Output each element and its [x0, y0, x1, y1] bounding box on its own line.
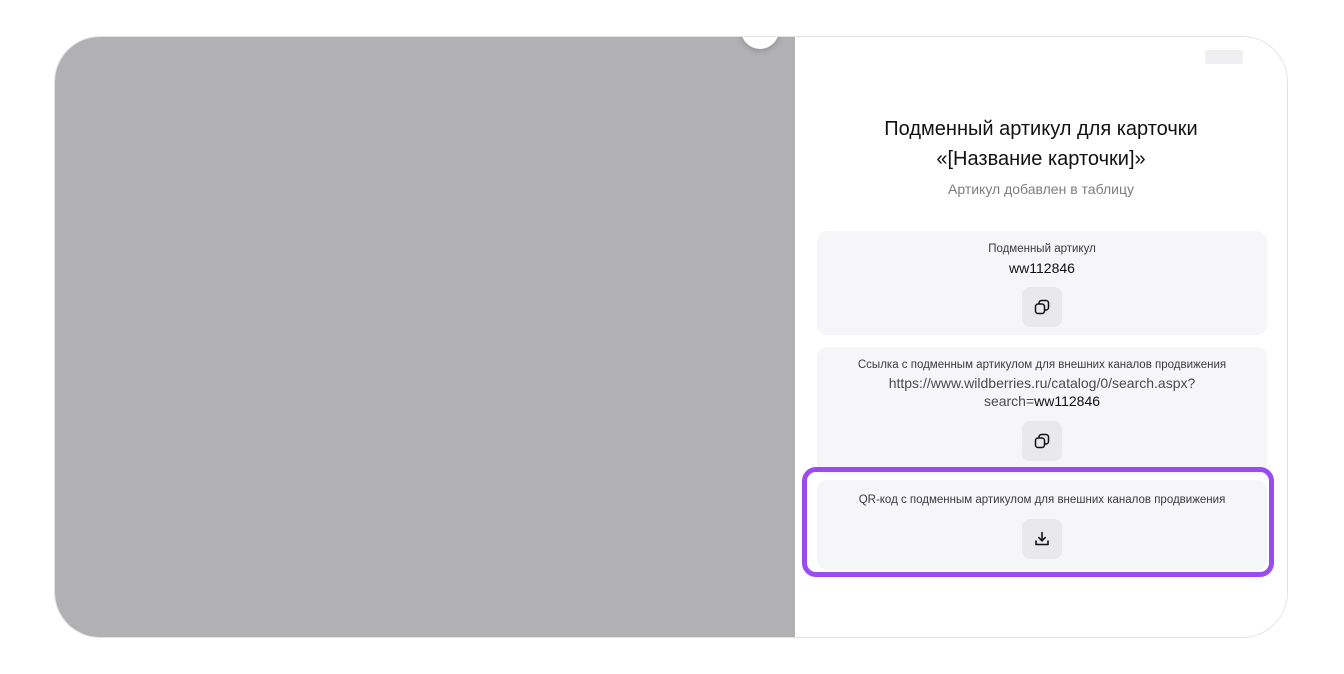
side-panel: Подменный артикул для карточки «[Названи…: [795, 37, 1287, 637]
qr-code-card: QR-код с подменным артикулом для внешних…: [817, 480, 1267, 570]
title-line-1: Подменный артикул для карточки: [795, 114, 1287, 144]
article-value: ww112846: [817, 259, 1267, 277]
panel-title: Подменный артикул для карточки «[Названи…: [795, 114, 1287, 174]
link-card: Ссылка с подменным артикулом для внешних…: [817, 347, 1267, 475]
card-label: QR-код с подменным артикулом для внешних…: [817, 480, 1267, 508]
card-label: Подменный артикул: [817, 231, 1267, 257]
download-icon: [1034, 531, 1050, 547]
copy-icon: [1034, 299, 1050, 315]
card-label: Ссылка с подменным артикулом для внешних…: [817, 347, 1267, 373]
copy-icon: [1034, 433, 1050, 449]
copy-link-button[interactable]: [1022, 421, 1062, 461]
drag-handle[interactable]: [1205, 50, 1243, 64]
link-line-2: search=: [984, 393, 1034, 409]
copy-article-button[interactable]: [1022, 287, 1062, 327]
link-article: ww112846: [1034, 393, 1100, 409]
promo-link[interactable]: https://www.wildberries.ru/catalog/0/sea…: [817, 374, 1267, 410]
substitute-article-card: Подменный артикул ww112846: [817, 231, 1267, 335]
title-line-2: «[Название карточки]»: [795, 144, 1287, 174]
backdrop-overlay[interactable]: [55, 37, 795, 637]
link-line-1: https://www.wildberries.ru/catalog/0/sea…: [817, 374, 1267, 392]
download-qr-button[interactable]: [1022, 519, 1062, 559]
device-frame: Подменный артикул для карточки «[Названи…: [54, 36, 1288, 638]
panel-subtitle: Артикул добавлен в таблицу: [795, 181, 1287, 197]
